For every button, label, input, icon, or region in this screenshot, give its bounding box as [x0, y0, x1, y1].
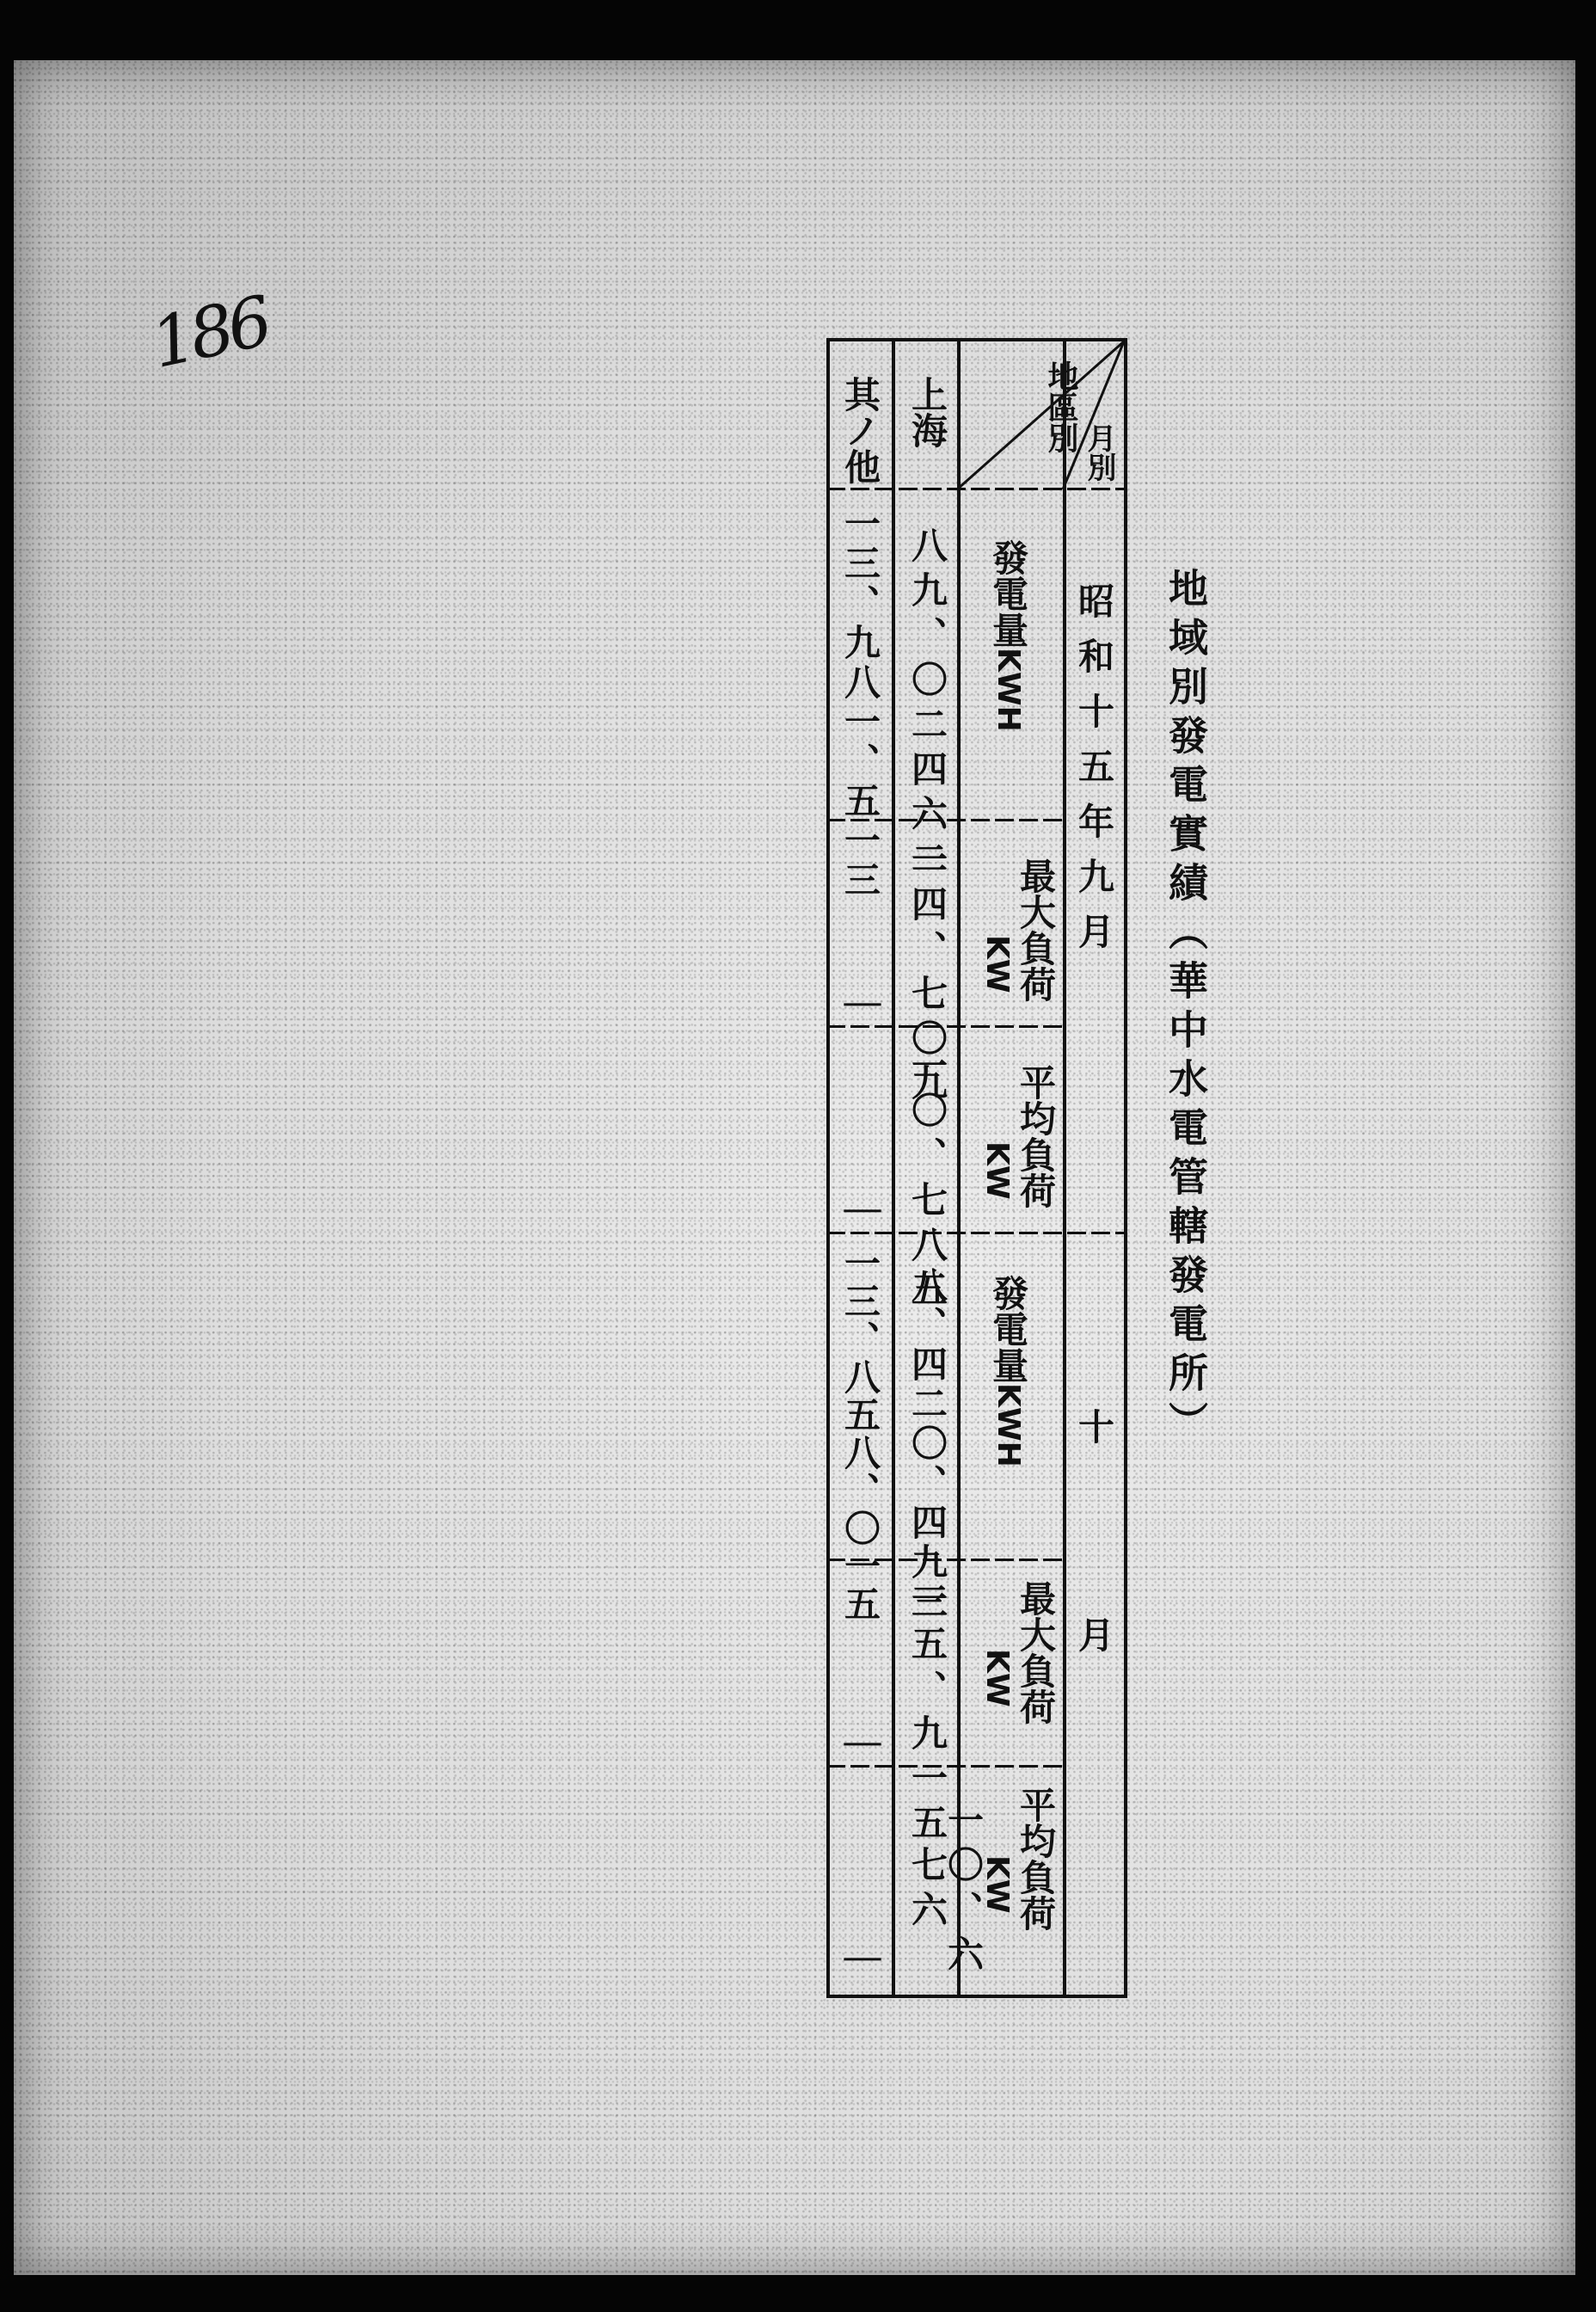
table-rule: [892, 341, 895, 1995]
value-sep-other-average: ｜: [842, 1193, 878, 1229]
value-sep-other-output: 一三、九八一、五一三: [842, 505, 878, 901]
generation-table: 地區別 月別 上海 其ノ他 昭和十五年九月 十月 發電量KWH 八九、〇二四六二…: [826, 338, 1127, 1998]
scanned-page: 186 地域別發電實績（華中水電管轄發電所） 地區別 月別 上海 其ノ他 昭和十…: [14, 60, 1575, 2275]
value-oct-other-peak: ｜: [842, 1726, 878, 1762]
value-sep-other-peak: ｜: [842, 987, 878, 1023]
metric-label: 平均負荷: [1017, 1064, 1053, 1208]
metric-label: 最大負荷: [1017, 1580, 1053, 1725]
value-oct-shanghai-output: 八、四二〇、四九三: [909, 1266, 945, 1622]
month-label-september: 昭和十五年九月: [1076, 582, 1112, 968]
unit-label: KW: [981, 1141, 1012, 1200]
month-rule: [826, 1232, 1127, 1234]
value-oct-other-output: 一三、八五八、〇一五: [842, 1245, 878, 1623]
value-oct-shanghai-average: 一〇、六七六: [909, 1786, 981, 1995]
unit-label: KW: [981, 1855, 1012, 1914]
metric-label: 平均負荷: [1017, 1786, 1053, 1931]
table-rule: [1124, 341, 1127, 1995]
metric-label: 發電量KWH: [990, 1275, 1026, 1467]
header-month-label: 月別: [1084, 423, 1114, 482]
header-region-label: 地區別: [1046, 360, 1077, 453]
metric-label: 最大負荷: [1017, 858, 1053, 1002]
table-rule: [1063, 341, 1066, 1995]
unit-label: KW: [981, 1649, 1012, 1707]
metric-label: 發電量KWH: [990, 539, 1026, 732]
region-header-other: 其ノ他: [842, 376, 878, 484]
handwritten-page-number: 186: [144, 281, 274, 384]
document-title: 地域別發電實績（華中水電管轄發電所）: [1157, 568, 1214, 1450]
value-oct-other-average: ｜: [842, 1941, 878, 1977]
table-rule: [826, 341, 830, 1995]
month-label-october: 十月: [1076, 1408, 1112, 1824]
value-sep-shanghai-output: 八九、〇二四六二: [909, 526, 945, 884]
table-rule: [957, 341, 961, 1995]
unit-label: KW: [981, 935, 1012, 993]
region-header-shanghai: 上海: [909, 376, 945, 448]
